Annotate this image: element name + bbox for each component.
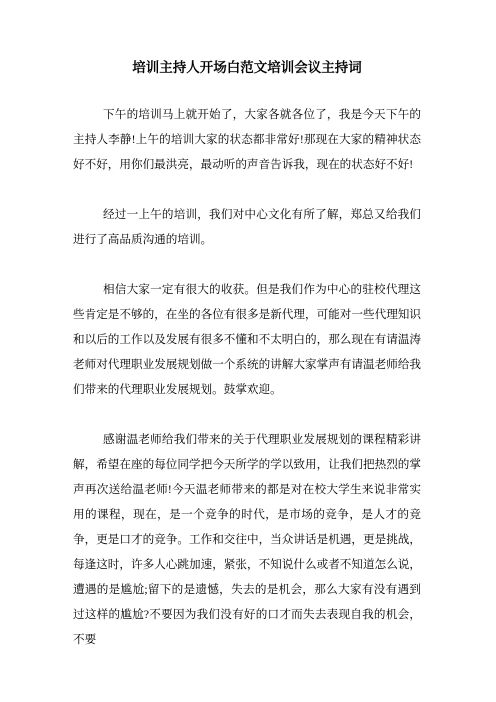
- paragraph-morning-review: 经过一上午的培训，我们对中心文化有所了解，郑总又给我们进行了高品质沟通的培训。: [73, 202, 421, 252]
- paragraph-opening: 下午的培训马上就开始了，大家各就各位了，我是今天下午的主持人李静!上午的培训大家…: [73, 102, 421, 177]
- paragraph-speaker-intro: 相信大家一定有很大的收获。但是我们作为中心的驻校代理这些肯定是不够的，在坐的各位…: [73, 277, 421, 402]
- paragraph-thanks-and-course: 感谢温老师给我们带来的关于代理职业发展规划的课程精彩讲解，希望在座的每位同学把今…: [73, 427, 421, 652]
- document-page: 培训主持人开场白范文培训会议主持词 下午的培训马上就开始了，大家各就各位了，我是…: [0, 0, 496, 702]
- document-title: 培训主持人开场白范文培训会议主持词: [73, 55, 421, 81]
